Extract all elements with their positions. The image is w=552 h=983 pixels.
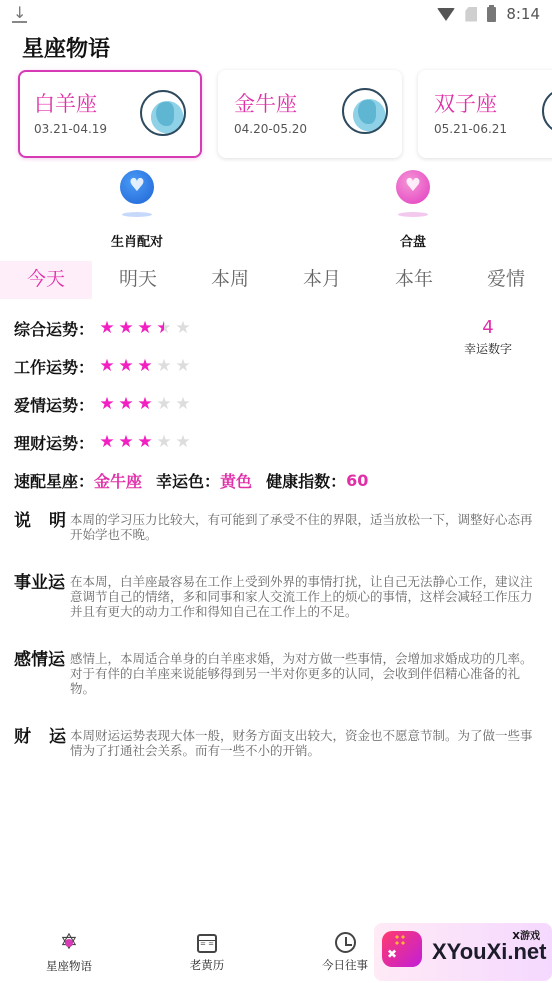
- taurus-icon: [342, 88, 388, 134]
- desc-wealth: 财 运 本周财运运势表现大体一般，财务方面支出较大，资金也不愿意节制。为了做一些…: [0, 726, 552, 758]
- aries-icon: [140, 90, 186, 136]
- zodiac-carousel[interactable]: 白羊座 03.21-04.19 金牛座 04.20-05.20 双子座 05.2…: [0, 66, 552, 162]
- empty-star-icon: ★: [155, 396, 173, 413]
- period-tabs: 今天 明天 本周 本月 本年 爱情: [0, 261, 552, 299]
- download-icon: ↓: [12, 5, 27, 23]
- star-icon: ★: [136, 358, 154, 375]
- synastry-button[interactable]: 合盘: [368, 170, 458, 250]
- star-icon: ★: [98, 396, 116, 413]
- desc-label: 说 明: [14, 510, 68, 542]
- desc-text: 感情上，本周适合单身的白羊座求婚，为对方做一些事情，会增加求婚成功的几率。对于有…: [68, 649, 538, 696]
- status-time: 8:14: [506, 5, 540, 23]
- zodiac-name: 双子座: [434, 88, 552, 118]
- desc-label: 事业运: [14, 572, 68, 619]
- desc-label-a: 说: [14, 510, 31, 542]
- history-clock-icon: [335, 932, 356, 953]
- star-rating: ★ ★ ★ ★ ★: [98, 320, 192, 337]
- watermark-text: XYouXi.net: [432, 939, 547, 965]
- half-star-icon: ★: [155, 320, 173, 337]
- empty-star-icon: ★: [174, 434, 192, 451]
- empty-star-icon: ★: [155, 434, 173, 451]
- tab-love[interactable]: 爱情: [460, 261, 552, 299]
- hearts-pink-icon: [396, 170, 430, 204]
- zodiac-card-gemini[interactable]: 双子座 05.21-06.21: [418, 70, 552, 158]
- zodiac-card-taurus[interactable]: 金牛座 04.20-05.20: [218, 70, 402, 158]
- zodiac-card-aries[interactable]: 白羊座 03.21-04.19: [18, 70, 202, 158]
- desc-text: 本周的学习压力比较大，有可能到了承受不住的界限，适当放松一下，调整好心态再开始学…: [68, 510, 538, 542]
- quick-actions: 生肖配对 合盘: [0, 162, 552, 260]
- icon-shadow: [122, 212, 152, 217]
- tab-year[interactable]: 本年: [368, 261, 460, 299]
- star-rating: ★ ★ ★ ★ ★: [98, 434, 192, 451]
- zodiac-match-button[interactable]: 生肖配对: [92, 170, 182, 250]
- icon-shadow: [398, 212, 428, 217]
- desc-label: 财 运: [14, 726, 68, 758]
- desc-label-b: 明: [49, 510, 66, 542]
- rating-finance: 理财运势： ★ ★ ★ ★ ★: [14, 423, 552, 461]
- watermark-overlay: X游戏 XYouXi.net: [374, 923, 552, 981]
- tab-week[interactable]: 本周: [184, 261, 276, 299]
- battery-charging-icon: [487, 7, 496, 22]
- star-icon: ★: [117, 434, 135, 451]
- empty-star-icon: ★: [174, 396, 192, 413]
- wifi-icon: [437, 8, 455, 21]
- desc-text: 在本周，白羊座最容易在工作上受到外界的事情打扰，让自己无法静心工作，建议注意调节…: [68, 572, 538, 619]
- star-icon: ★: [98, 358, 116, 375]
- lucky-number: 4 幸运数字: [448, 317, 528, 357]
- star-icon: ★: [98, 320, 116, 337]
- desc-love: 感情运 感情上，本周适合单身的白羊座求婚，为对方做一些事情，会增加求婚成功的几率…: [0, 649, 552, 696]
- lucky-number-value: 4: [448, 317, 528, 338]
- quick-action-label: 合盘: [368, 231, 458, 250]
- zodiac-dates: 05.21-06.21: [434, 122, 552, 136]
- calendar-icon: [197, 934, 217, 953]
- nav-label: 老黄历: [138, 957, 276, 973]
- rating-label: 理财运势：: [14, 431, 94, 454]
- star-icon: ★: [136, 434, 154, 451]
- tab-month[interactable]: 本月: [276, 261, 368, 299]
- rating-love: 爱情运势： ★ ★ ★ ★ ★: [14, 385, 552, 423]
- fortune-ratings: 综合运势： ★ ★ ★ ★ ★ 工作运势： ★ ★ ★ ★ ★ 爱情运势： ★ …: [0, 299, 552, 461]
- lucky-color-label: 幸运色：: [156, 469, 220, 492]
- status-bar: ↓ 8:14: [0, 0, 552, 28]
- rating-label: 工作运势：: [14, 355, 94, 378]
- tab-today[interactable]: 今天: [0, 261, 92, 299]
- star-icon: ★: [136, 396, 154, 413]
- desc-label-b: 运: [49, 726, 66, 758]
- gamepad-dots-icon: [394, 934, 406, 946]
- page-title: 星座物语: [0, 28, 552, 66]
- match-value: 金牛座: [94, 469, 142, 492]
- nav-almanac[interactable]: 老黄历: [138, 920, 276, 983]
- tab-tomorrow[interactable]: 明天: [92, 261, 184, 299]
- lucky-color-value: 黄色: [220, 469, 252, 492]
- hearts-blue-icon: [120, 170, 154, 204]
- desc-career: 事业运 在本周，白羊座最容易在工作上受到外界的事情打扰，让自己无法静心工作，建议…: [0, 572, 552, 619]
- lucky-number-label: 幸运数字: [448, 340, 528, 357]
- no-sim-icon: [465, 7, 477, 22]
- empty-star-icon: ★: [155, 358, 173, 375]
- star-rating: ★ ★ ★ ★ ★: [98, 358, 192, 375]
- quick-action-label: 生肖配对: [92, 231, 182, 250]
- star-of-david-icon: ✡: [58, 932, 80, 954]
- desc-text: 本周财运运势表现大体一般，财务方面支出较大，资金也不愿意节制。为了做一些事情为了…: [68, 726, 538, 758]
- nav-label: 星座物语: [0, 958, 138, 974]
- rating-label: 综合运势：: [14, 317, 94, 340]
- star-icon: ★: [117, 320, 135, 337]
- desc-overview: 说 明 本周的学习压力比较大，有可能到了承受不住的界限，适当放松一下，调整好心态…: [0, 510, 552, 542]
- star-icon: ★: [98, 434, 116, 451]
- star-icon: ★: [117, 358, 135, 375]
- match-label: 速配星座：: [14, 469, 94, 492]
- health-label: 健康指数：: [266, 469, 346, 492]
- star-icon: ★: [136, 320, 154, 337]
- nav-horoscope[interactable]: ✡ 星座物语: [0, 920, 138, 983]
- desc-label-a: 财: [14, 726, 31, 758]
- star-icon: ★: [117, 396, 135, 413]
- summary-line: 速配星座： 金牛座 幸运色： 黄色 健康指数： 60: [0, 462, 552, 498]
- desc-label: 感情运: [14, 649, 68, 696]
- health-value: 60: [346, 471, 368, 490]
- rating-label: 爱情运势：: [14, 393, 94, 416]
- empty-star-icon: ★: [174, 358, 192, 375]
- star-rating: ★ ★ ★ ★ ★: [98, 396, 192, 413]
- empty-star-icon: ★: [174, 320, 192, 337]
